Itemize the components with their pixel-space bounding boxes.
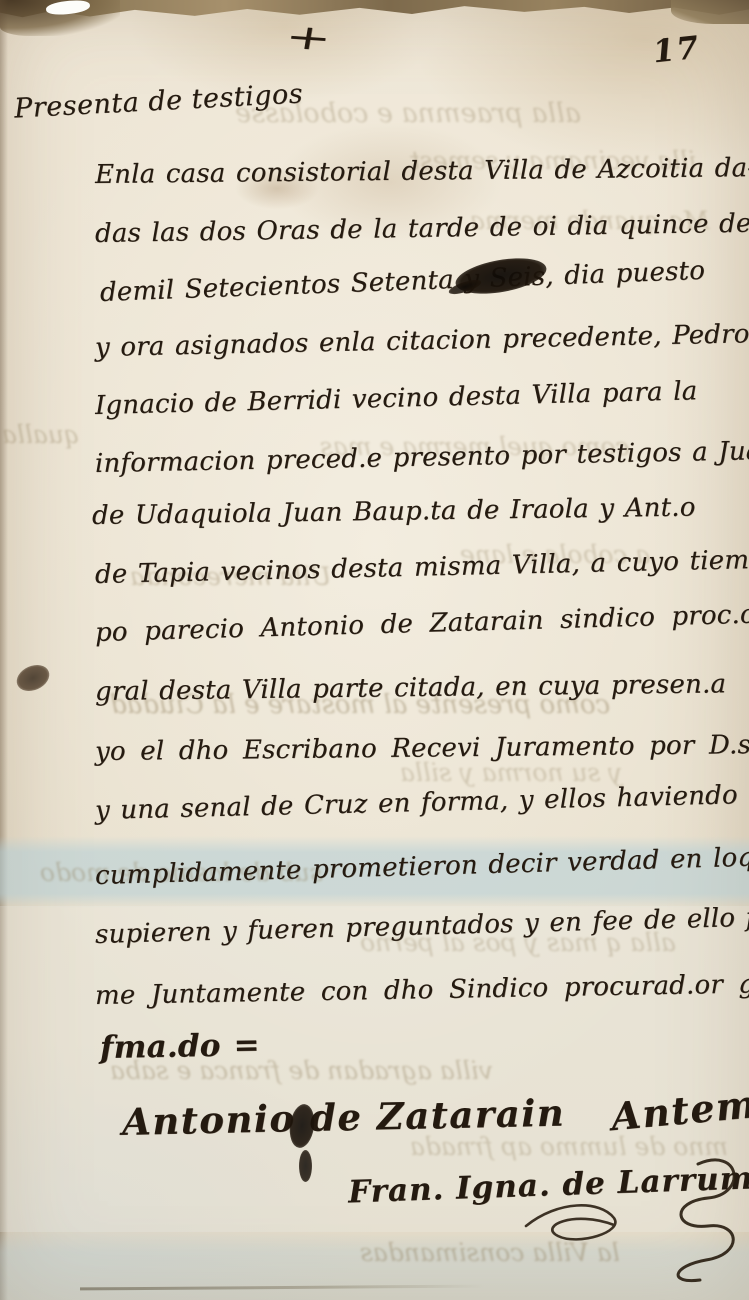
manuscript-line: fma.do = xyxy=(100,1027,260,1066)
page-number: 17 xyxy=(651,30,702,71)
manuscript-page: alla praemna e cobolasse illa vecinama y… xyxy=(0,0,749,1300)
ante-mi-label: Antemi xyxy=(609,1080,749,1140)
ink-blot xyxy=(299,1150,312,1182)
cross-mark: + xyxy=(282,17,334,60)
signature-witness: Antonio de Zatarain xyxy=(122,1091,566,1144)
signature-flourish-icon xyxy=(516,1198,628,1250)
bleedthrough-text: qualla xyxy=(2,420,80,449)
signature-rubric-icon xyxy=(652,1158,744,1286)
